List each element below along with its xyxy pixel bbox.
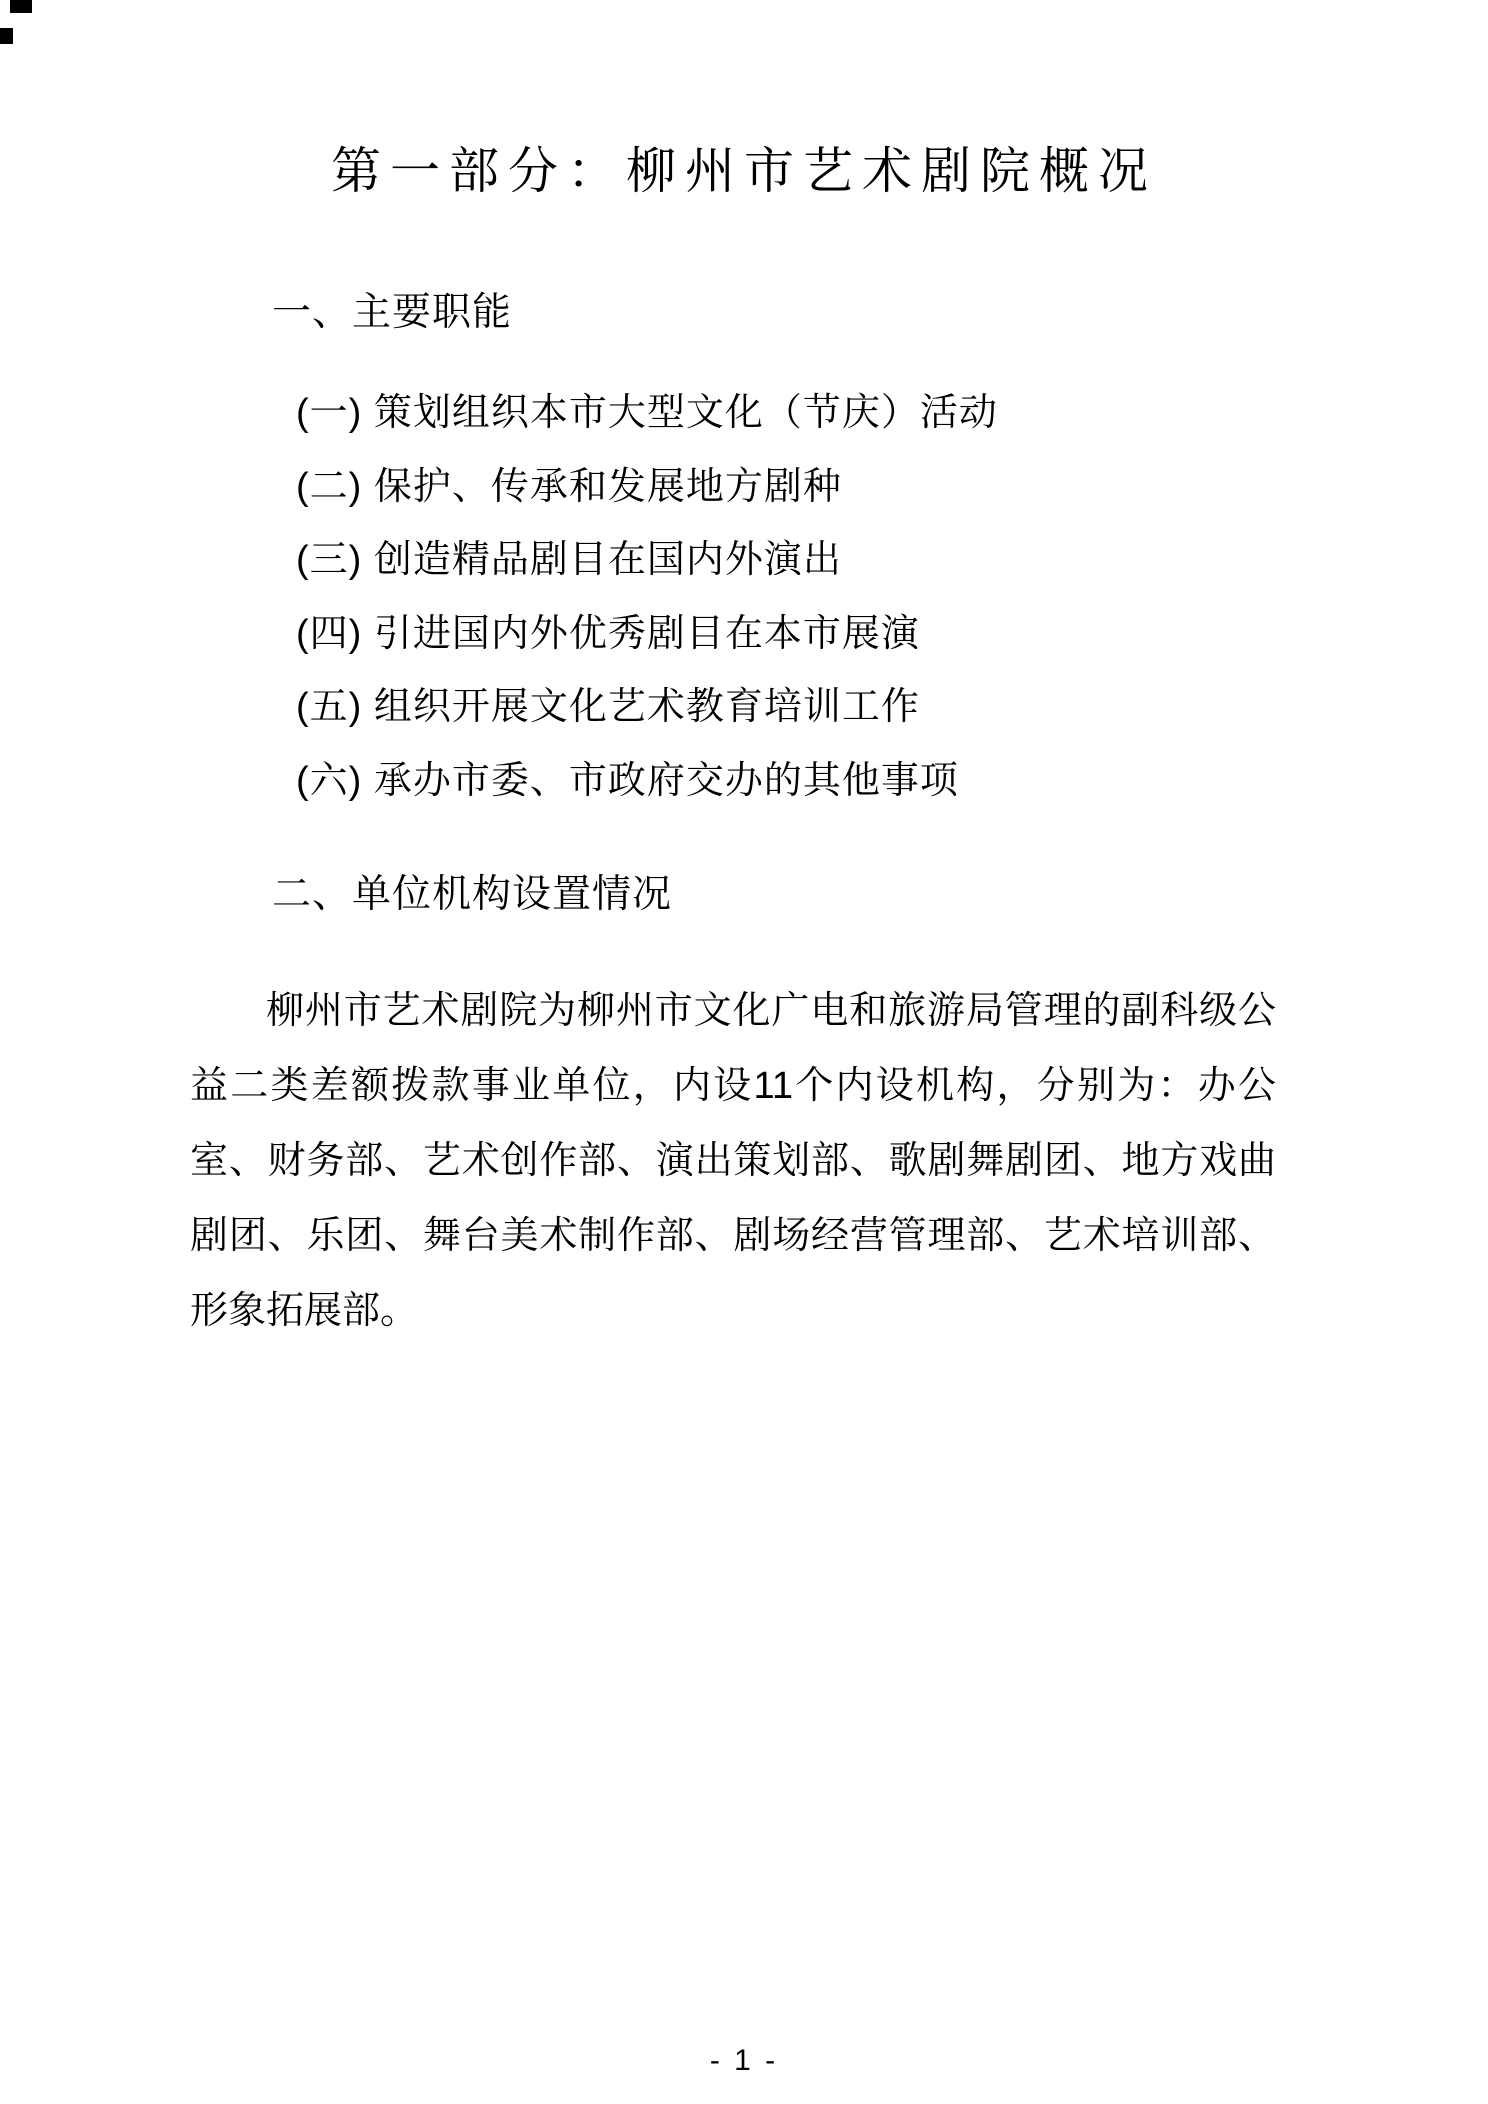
list-item-5: (五) 组织开展文化艺术教育培训工作 <box>296 671 998 745</box>
paragraph-line-4: 剧团、乐团、舞台美术制作部、剧场经营管理部、艺术培训部、 <box>190 1199 1276 1274</box>
function-list: (一) 策划组织本市大型文化（节庆）活动 (二) 保护、传承和发展地方剧种 (三… <box>296 377 998 818</box>
paragraph-line-3: 室、财务部、艺术创作部、演出策划部、歌剧舞剧团、地方戏曲 <box>190 1124 1276 1199</box>
paragraph-line-5: 形象拓展部。 <box>190 1274 1276 1349</box>
document-page: 第一部分：柳州市艺术剧院概况 一、主要职能 (一) 策划组织本市大型文化（节庆）… <box>0 0 1488 2104</box>
list-item-1: (一) 策划组织本市大型文化（节庆）活动 <box>296 377 998 451</box>
scan-artifact <box>10 0 32 13</box>
section-2-heading: 二、单位机构设置情况 <box>272 872 672 918</box>
list-item-4: (四) 引进国内外优秀剧目在本市展演 <box>296 598 998 672</box>
scan-artifact <box>0 28 13 44</box>
list-item-3: (三) 创造精品剧目在国内外演出 <box>296 524 998 598</box>
paragraph-line-2: 益二类差额拨款事业单位，内设11个内设机构，分别为：办公 <box>190 1049 1276 1124</box>
list-item-2: (二) 保护、传承和发展地方剧种 <box>296 451 998 525</box>
document-title: 第一部分：柳州市艺术剧院概况 <box>0 140 1488 202</box>
section-1-heading: 一、主要职能 <box>272 290 512 336</box>
list-item-6: (六) 承办市委、市政府交办的其他事项 <box>296 745 998 819</box>
paragraph-line-1: 柳州市艺术剧院为柳州市文化广电和旅游局管理的副科级公 <box>190 974 1276 1049</box>
page-number: - 1 - <box>0 2044 1488 2078</box>
organization-paragraph: 柳州市艺术剧院为柳州市文化广电和旅游局管理的副科级公 益二类差额拨款事业单位，内… <box>190 974 1276 1349</box>
